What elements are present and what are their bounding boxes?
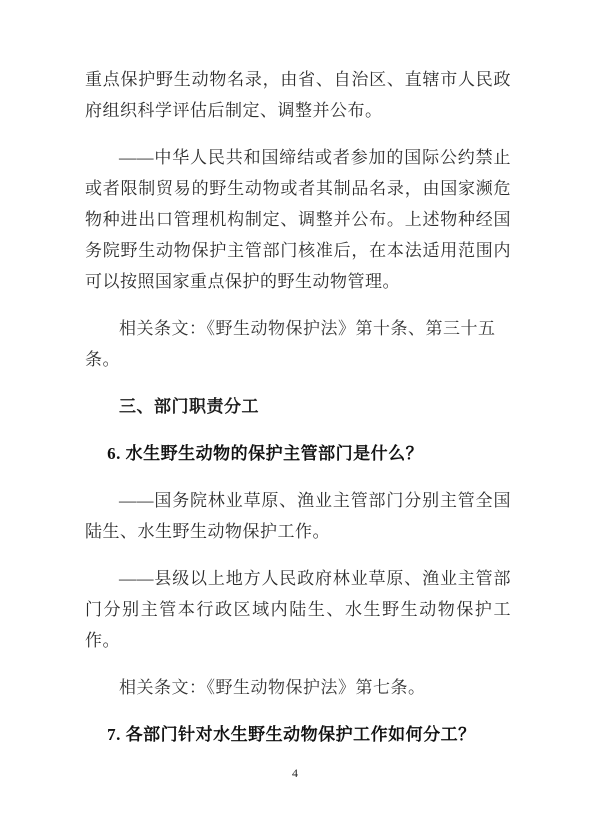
related-provisions-note: 相关条文：《野生动物保护法》第十条、第三十五条。	[85, 313, 511, 375]
body-paragraph: ——县级以上地方人民政府林业草原、渔业主管部门分别主管本行政区域内陆生、水生野生…	[85, 563, 511, 656]
related-provisions-note: 相关条文：《野生动物保护法》第七条。	[85, 672, 511, 703]
document-page: 重点保护野生动物名录，由省、自治区、直辖市人民政府组织科学评估后制定、调整并公布…	[0, 0, 590, 837]
page-content: 重点保护野生动物名录，由省、自治区、直辖市人民政府组织科学评估后制定、调整并公布…	[85, 64, 511, 766]
question-heading-6: 6. 水生野生动物的保护主管部门是什么？	[85, 438, 511, 469]
question-heading-7: 7. 各部门针对水生野生动物保护工作如何分工？	[85, 719, 511, 750]
body-paragraph-continuation: 重点保护野生动物名录，由省、自治区、直辖市人民政府组织科学评估后制定、调整并公布…	[85, 64, 511, 126]
body-paragraph: ——国务院林业草原、渔业主管部门分别主管全国陆生、水生野生动物保护工作。	[85, 485, 511, 547]
body-paragraph: ——中华人民共和国缔结或者参加的国际公约禁止或者限制贸易的野生动物或者其制品名录…	[85, 142, 511, 297]
section-heading: 三、部门职责分工	[85, 391, 511, 422]
page-number: 4	[0, 766, 590, 781]
